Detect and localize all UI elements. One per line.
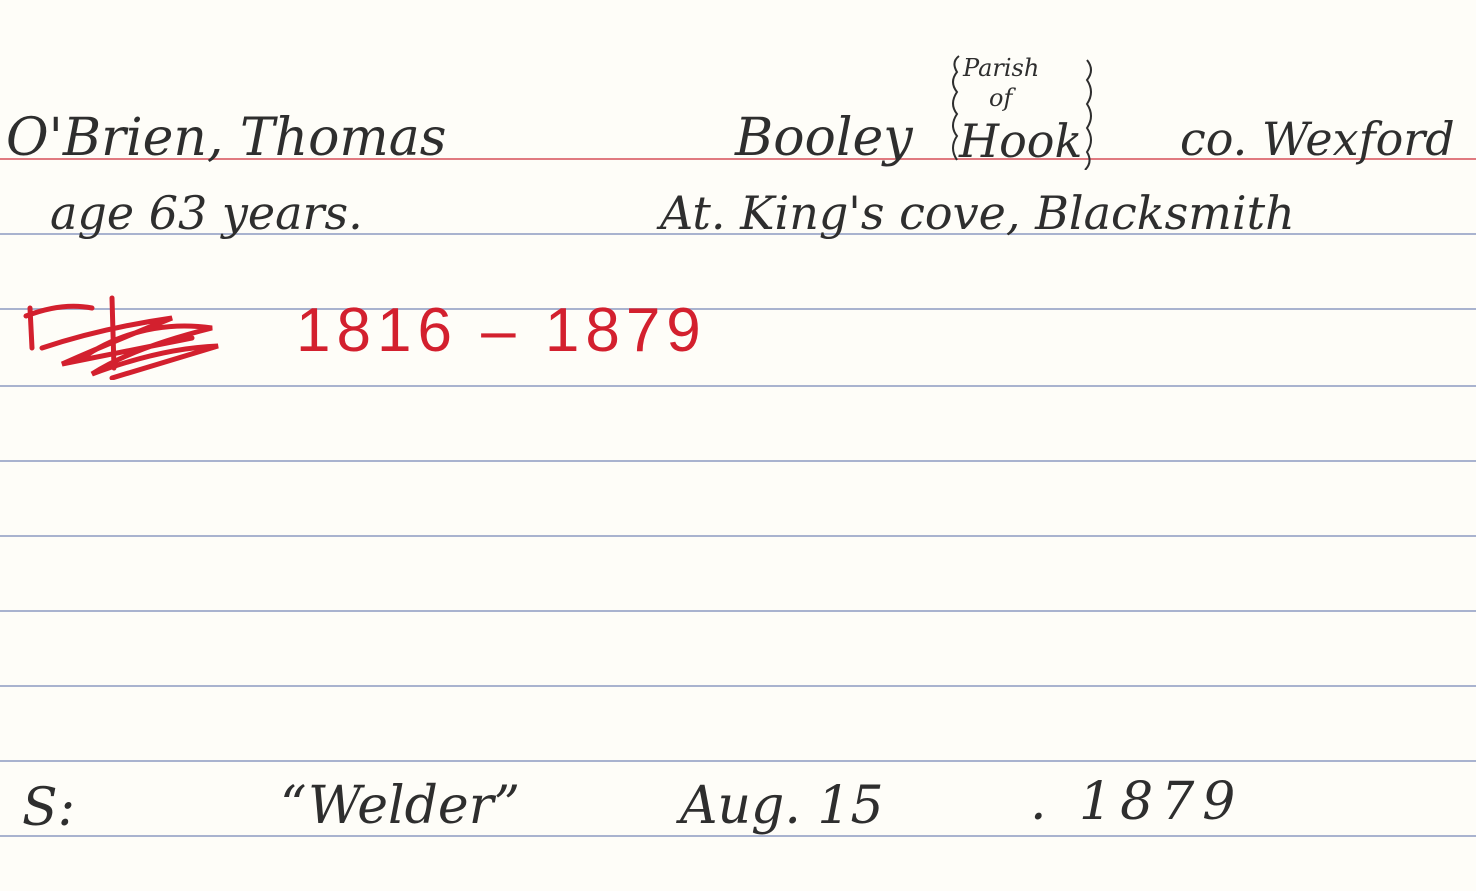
parish-bracket: Parish of Hook (945, 52, 1095, 170)
ruled-line (0, 460, 1476, 462)
ruled-line (0, 535, 1476, 537)
age: age 63 years. (50, 190, 363, 236)
person-name: O'Brien, Thomas (6, 112, 446, 164)
parish-of: of (989, 84, 1012, 112)
ruled-line (0, 760, 1476, 762)
source-year: . 1879 (1030, 776, 1243, 828)
residence-occupation: At. King's cove, Blacksmith (660, 190, 1295, 236)
source-label: S: (22, 782, 75, 834)
source-name: “Welder” (280, 780, 520, 832)
life-years: 1816 – 1879 (296, 300, 707, 362)
parish-label: Parish (963, 54, 1039, 82)
ruled-line (0, 385, 1476, 387)
ruled-line (0, 610, 1476, 612)
source-date: Aug. 15 (680, 780, 884, 832)
parish-name: Hook (959, 118, 1082, 164)
index-card: O'Brien, Thomas Booley Parish of Hook co… (0, 0, 1476, 891)
county: co. Wexford (1180, 116, 1455, 162)
ruled-line (0, 685, 1476, 687)
townland: Booley (735, 112, 913, 164)
